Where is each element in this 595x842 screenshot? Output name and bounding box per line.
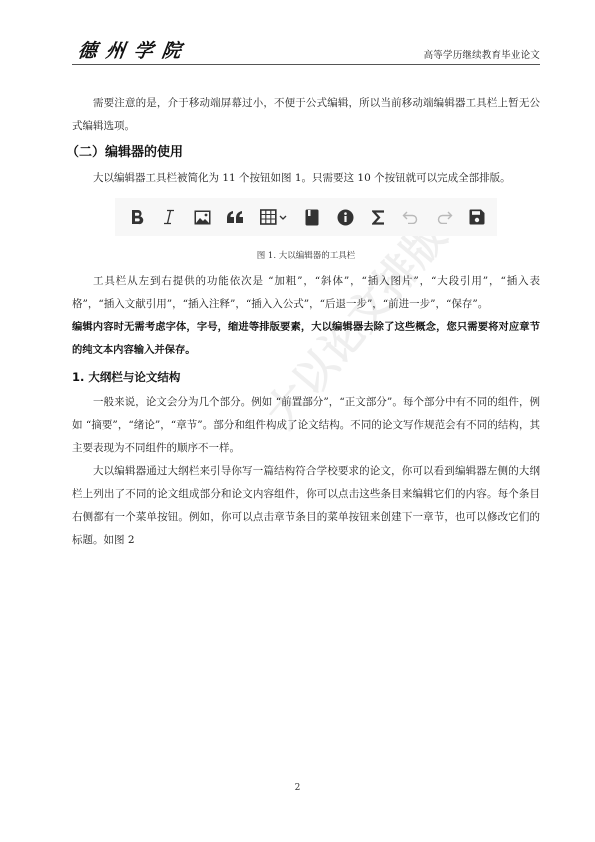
image-icon [194, 206, 211, 228]
subsection-heading: 1. 大纲栏与论文结构 [72, 365, 540, 389]
university-logo: 德州学院 [76, 36, 192, 63]
book-icon [304, 206, 320, 228]
page-content: 需要注意的是，介于移动端屏幕过小，不便于公式编辑，所以当前移动端编辑器工具栏上暂… [72, 92, 540, 552]
header-title: 高等学历继续教育毕业论文 [424, 47, 540, 61]
table-icon [260, 206, 288, 228]
undo-icon [402, 206, 419, 228]
page-number: 2 [0, 783, 595, 793]
paragraph-bold-note: 编辑内容时无需考虑字体，字号，缩进等排版要素，大以编辑器去除了这些概念，您只需要… [72, 316, 540, 362]
italic-icon [161, 206, 177, 228]
sigma-icon [370, 206, 386, 228]
paragraph-toolbar-functions: 工具栏从左到右提供的功能依次是 “加粗”，“斜体”，“插入图片”，“大段引用”，… [72, 270, 540, 316]
paragraph-toolbar-intro: 大以编辑器工具栏被简化为 11 个按钮如图 1。只需要这 10 个按钮就可以完成… [72, 167, 540, 190]
editor-toolbar-figure [115, 198, 497, 236]
section-heading: （二）编辑器的使用 [66, 141, 540, 165]
page-header: 德州学院 高等学历继续教育毕业论文 [72, 30, 540, 65]
paragraph-structure: 一般来说，论文会分为几个部分。例如 “前置部分”，“正文部分”。每个部分中有不同… [72, 391, 540, 460]
figure-caption: 图 1. 大以编辑器的工具栏 [72, 250, 540, 262]
save-icon [469, 206, 485, 228]
quote-icon [227, 206, 244, 228]
info-icon [337, 206, 354, 228]
paragraph-outline: 大以编辑器通过大纲栏来引导你写一篇结构符合学校要求的论文，你可以看到编辑器左侧的… [72, 460, 540, 552]
redo-icon [436, 206, 453, 228]
paragraph-mobile-note: 需要注意的是，介于移动端屏幕过小，不便于公式编辑，所以当前移动端编辑器工具栏上暂… [72, 92, 540, 138]
bold-icon [129, 206, 145, 228]
